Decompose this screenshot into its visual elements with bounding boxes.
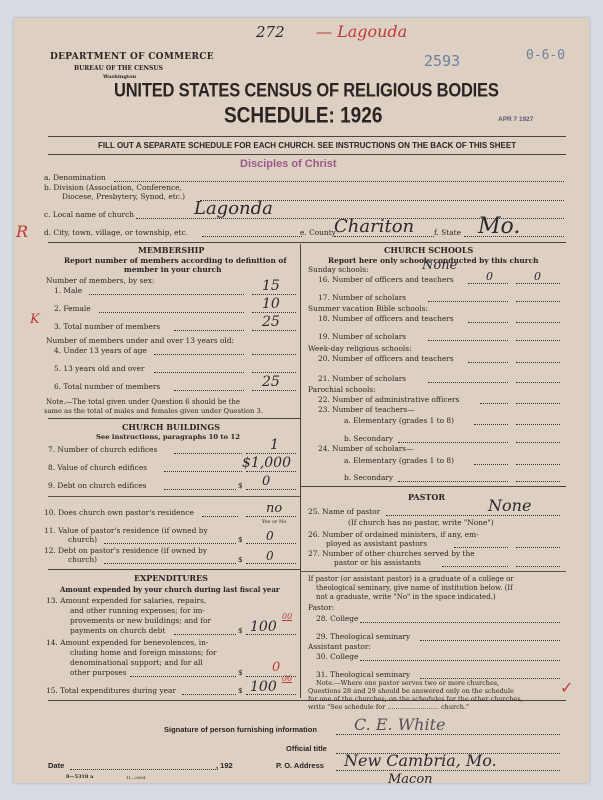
city-field[interactable]	[202, 236, 302, 237]
q30-label: 30. College	[316, 652, 358, 661]
q26-field-b[interactable]	[516, 547, 560, 548]
q24a-label: a. Elementary (grades 1 to 8)	[344, 456, 454, 465]
leader-dots	[174, 330, 244, 331]
dollar-sign: $	[238, 535, 243, 544]
q14-label-cont: denominational support; and for all	[70, 658, 203, 667]
local-name-value: Lagonda	[194, 198, 273, 219]
divider	[48, 242, 566, 243]
pastor-heading: PASTOR	[408, 492, 445, 502]
division-label: b. Division (Association, Conference,	[44, 183, 182, 192]
q9-debt-label: 9. Debt on church edifices	[48, 481, 146, 490]
date-field[interactable]	[70, 769, 218, 770]
q19-label: 19. Number of scholars	[318, 332, 406, 341]
q13-value: 100	[250, 619, 277, 635]
q2-female-field[interactable]	[252, 312, 296, 313]
q14-label: 14. Amount expended for benevolences, in…	[46, 638, 208, 647]
q13-label-cont: provements or new buildings; and for	[70, 616, 211, 625]
q9-debt-value: 0	[262, 474, 270, 489]
assistant-pastor-label: Assistant pastor:	[308, 642, 371, 651]
stamp-number: 2593	[424, 52, 460, 70]
divider	[300, 571, 566, 572]
divider	[48, 418, 300, 419]
q9-debt-field[interactable]	[246, 489, 296, 490]
division-label-cont: Diocese, Presbytery, Synod, etc.)	[62, 192, 185, 201]
q3-total-field[interactable]	[252, 330, 296, 331]
date-label: Date	[48, 761, 64, 770]
q26-field-a[interactable]	[454, 547, 508, 548]
membership-intro: Report number of members according to de…	[64, 256, 287, 265]
q18-field-b[interactable]	[516, 322, 560, 323]
denomination-stamp: Disciples of Christ	[240, 158, 337, 170]
by-age-label: Number of members under and over 13 year…	[46, 336, 234, 345]
dollar-sign: $	[238, 668, 243, 677]
q1-male-field[interactable]	[252, 294, 296, 295]
leader-dots	[104, 563, 236, 564]
pastor-note-cont: Questions 28 and 29 should be answered o…	[308, 687, 514, 695]
q13-cents: 00	[282, 612, 292, 621]
q8-value-label: 8. Value of church edifices	[48, 463, 147, 472]
margin-review-mark: R	[16, 222, 28, 241]
leader-dots	[202, 516, 238, 517]
county-label: e. County	[300, 228, 336, 237]
q24a-field-b[interactable]	[516, 464, 560, 465]
q14-label-cont: other purposes	[70, 668, 127, 677]
q25-pastor-name-field[interactable]	[386, 515, 560, 516]
q20-field-a[interactable]	[468, 362, 508, 363]
weekday-schools-label: Week-day religious schools:	[308, 344, 412, 353]
leader-dots	[104, 543, 236, 544]
q16-label: 16. Number of officers and teachers	[318, 275, 454, 284]
leader-dots	[182, 694, 236, 695]
q7-edifices-field[interactable]	[246, 453, 296, 454]
q23a-label: a. Elementary (grades 1 to 8)	[344, 416, 454, 425]
print-number: 11—9064	[126, 775, 145, 780]
q11-residence-value-label: 11. Value of pastor's residence (if owne…	[44, 526, 208, 535]
dollar-sign: $	[238, 626, 243, 635]
q12-label-cont: church)	[68, 555, 97, 564]
summer-schools-label: Summer vacation Bible schools:	[308, 304, 428, 313]
q18-label: 18. Number of officers and teachers	[318, 314, 454, 323]
q27-field-b[interactable]	[516, 566, 560, 567]
stamp-code: 0-6-0	[526, 48, 565, 63]
q1-male-label: 1. Male	[54, 286, 82, 295]
q15-total-value: 100	[250, 679, 277, 695]
local-name-label: c. Local name of church	[44, 210, 134, 219]
signature-field[interactable]	[336, 734, 560, 735]
q10-residence-value: no	[266, 501, 282, 516]
department-name: DEPARTMENT OF COMMERCE	[50, 52, 214, 62]
divider	[48, 154, 566, 155]
q23b-field-a[interactable]	[398, 442, 508, 443]
review-checkmark: ✓	[560, 678, 573, 697]
leader-dots	[130, 676, 236, 677]
q23a-field-a[interactable]	[474, 424, 508, 425]
q20-field-b[interactable]	[516, 362, 560, 363]
q21-field-a[interactable]	[428, 382, 508, 383]
membership-heading: MEMBERSHIP	[138, 245, 204, 255]
q24b-field-b[interactable]	[516, 481, 560, 482]
q6-total-field[interactable]	[252, 390, 296, 391]
q11-residence-value-value: 0	[266, 529, 274, 543]
q17-field-a[interactable]	[428, 301, 508, 302]
schedule-title: SCHEDULE: 1926	[224, 104, 382, 129]
q18-field-a[interactable]	[468, 322, 508, 323]
q21-label: 21. Number of scholars	[318, 374, 406, 383]
leader-dots	[99, 312, 244, 313]
q27-label-cont: pastor or his assistants	[334, 558, 421, 567]
county-value: Chariton	[334, 216, 414, 237]
denomination-label: a. Denomination	[44, 173, 106, 182]
q13-label: 13. Amount expended for salaries, repair…	[46, 596, 206, 605]
q22-field-b[interactable]	[516, 403, 560, 404]
margin-review-mark: K	[30, 312, 40, 327]
county-field[interactable]	[334, 236, 434, 237]
handwritten-church-name-header: — Lagouda	[316, 22, 407, 41]
q19-field-b[interactable]	[516, 340, 560, 341]
q28-college-field[interactable]	[360, 622, 560, 623]
q19-field-a[interactable]	[428, 340, 508, 341]
form-number: 8—5318 a	[66, 774, 93, 780]
q14-label-cont: cluding home and foreign missions; for	[70, 648, 217, 657]
po-address-county: Macon	[388, 772, 433, 787]
state-field[interactable]	[464, 236, 564, 237]
handwritten-file-number: 272	[256, 23, 285, 41]
church-buildings-intro: See instructions, paragraphs 10 to 12	[96, 433, 240, 441]
church-buildings-heading: CHURCH BUILDINGS	[122, 422, 220, 432]
q21-field-b[interactable]	[516, 382, 560, 383]
q12-residence-debt-field[interactable]	[246, 563, 296, 564]
q6-total-value: 25	[262, 374, 280, 390]
census-schedule-sheet: 272 — Lagouda 2593 0-6-0 APR 7 1927 DEPA…	[14, 18, 589, 783]
q28-label: 28. College	[316, 614, 358, 623]
q27-field-a[interactable]	[442, 566, 508, 567]
q4-under13-field[interactable]	[252, 354, 296, 355]
state-label: f. State	[434, 228, 461, 237]
graduate-instructions: If pastor (or assistant pastor) is a gra…	[308, 575, 514, 583]
q5-over13-field[interactable]	[252, 372, 296, 373]
q22-label: 22. Number of administrative officers	[318, 395, 459, 404]
membership-note-cont: same as the total of males and females g…	[44, 407, 263, 415]
q29-seminary-field[interactable]	[420, 640, 560, 641]
q6-total-label: 6. Total number of members	[54, 382, 160, 391]
po-address-field[interactable]	[336, 770, 560, 771]
q2-female-label: 2. Female	[54, 304, 91, 313]
po-address-label: P. O. Address	[276, 761, 324, 770]
q23b-field-b[interactable]	[516, 442, 560, 443]
q8-value-field[interactable]	[246, 471, 296, 472]
q24b-label: b. Secondary	[344, 473, 393, 482]
sunday-schools-label: Sunday schools:	[308, 265, 368, 274]
by-sex-label: Number of members, by sex:	[46, 276, 154, 285]
bureau-city: Washington	[103, 74, 136, 80]
signature-value: C. E. White	[354, 715, 445, 734]
q26-label: 26. Number of ordained ministers, if any…	[308, 530, 479, 539]
q2-female-value: 10	[262, 296, 280, 312]
q10-hint: Yes or No	[262, 519, 286, 525]
q13-label-cont: and other running expenses; for im-	[70, 606, 205, 615]
q3-total-label: 3. Total number of members	[54, 322, 160, 331]
q23a-field-b[interactable]	[516, 424, 560, 425]
q1-male-value: 15	[262, 278, 280, 294]
dollar-sign: $	[238, 555, 243, 564]
leader-dots	[174, 453, 242, 454]
leader-dots	[154, 372, 244, 373]
pastor-note: Note.—Where one pastor serves two or mor…	[316, 679, 499, 687]
pastor-label: Pastor:	[308, 603, 334, 612]
graduate-instructions-cont: not a graduate, write "No" in the space …	[316, 593, 496, 601]
q25-pastor-name-value: None	[488, 496, 531, 515]
q25-hint: (If church has no pastor, write "None")	[348, 518, 494, 527]
q12-residence-debt-value: 0	[266, 549, 274, 563]
q31-label: 31. Theological seminary	[316, 670, 410, 679]
bureau-name: BUREAU OF THE CENSUS	[74, 65, 163, 72]
q15-total-label: 15. Total expenditures during year	[46, 686, 176, 695]
city-label: d. City, town, village, or township, etc…	[44, 228, 188, 237]
instructions-banner: FILL OUT A SEPARATE SCHEDULE FOR EACH CH…	[98, 141, 516, 150]
signature-label: Signature of person furnishing informati…	[164, 725, 317, 734]
graduate-instructions-cont: theological seminary, give name of insti…	[316, 584, 513, 592]
form-title: UNITED STATES CENSUS OF RELIGIOUS BODIES	[114, 81, 499, 103]
q11-label-cont: church)	[68, 535, 97, 544]
q5-over13-label: 5. 13 years old and over	[54, 364, 144, 373]
column-divider	[300, 244, 301, 698]
pastor-note-cont: for one of the churches; on the schedule…	[308, 695, 523, 703]
q12-residence-debt-label: 12. Debt on pastor's residence (if owned…	[44, 546, 207, 555]
q8-value-value: $1,000	[242, 455, 291, 471]
parochial-schools-label: Parochial schools:	[308, 385, 376, 394]
q13-label-cont: payments on church debt	[70, 626, 165, 635]
expenditures-intro: Amount expended by your church during la…	[60, 585, 280, 594]
leader-dots	[164, 489, 236, 490]
q17-field-b[interactable]	[516, 301, 560, 302]
leader-dots	[154, 354, 244, 355]
received-date-stamp: APR 7 1927	[498, 116, 533, 123]
leader-dots	[89, 294, 244, 295]
denomination-field[interactable]	[114, 181, 564, 182]
sunday-schools-note: None	[422, 258, 457, 273]
membership-intro-cont: member in your church	[124, 265, 222, 274]
q16-value-a: 0	[486, 270, 493, 283]
leader-dots	[174, 634, 236, 635]
church-schools-heading: CHURCH SCHOOLS	[384, 245, 473, 255]
q16-field-a[interactable]	[468, 283, 508, 284]
leader-dots	[174, 390, 244, 391]
divider	[48, 136, 566, 137]
q22-field-a[interactable]	[480, 403, 508, 404]
divider	[48, 496, 300, 497]
q24b-field-a[interactable]	[398, 481, 508, 482]
membership-note: Note.—The total given under Question 6 s…	[46, 398, 240, 406]
q14-value: 0	[272, 660, 280, 675]
date-year-suffix: , 192	[216, 761, 233, 770]
expenditures-heading: EXPENDITURES	[134, 573, 208, 583]
dollar-sign: $	[238, 481, 243, 490]
q4-under13-label: 4. Under 13 years of age	[54, 346, 147, 355]
q25-label: 25. Name of pastor	[308, 507, 380, 516]
official-title-label: Official title	[286, 744, 327, 753]
q11-residence-value-field[interactable]	[246, 543, 296, 544]
divider	[300, 486, 566, 487]
po-address-value: New Cambria, Mo.	[344, 751, 497, 770]
divider	[48, 569, 300, 570]
q26-label-cont: ployed as assistant pastors	[326, 539, 427, 548]
q3-total-value: 25	[262, 314, 280, 330]
q7-edifices-label: 7. Number of church edifices	[48, 445, 157, 454]
q24a-field-a[interactable]	[474, 464, 508, 465]
q20-label: 20. Number of officers and teachers	[318, 354, 454, 363]
q15-cents: 00	[282, 674, 292, 683]
q23b-label: b. Secondary	[344, 434, 393, 443]
q16-value-b: 0	[534, 270, 541, 283]
q30-college-field[interactable]	[360, 660, 560, 661]
q17-label: 17. Number of scholars	[318, 293, 406, 302]
q29-label: 29. Theological seminary	[316, 632, 410, 641]
q7-edifices-value: 1	[270, 437, 279, 453]
q10-residence-field[interactable]	[246, 516, 296, 517]
q27-label: 27. Number of other churches served by t…	[308, 549, 475, 558]
leader-dots	[164, 471, 242, 472]
q23-label: 23. Number of teachers—	[318, 405, 415, 414]
pastor-note-cont: write "See schedule for ................…	[308, 703, 469, 711]
q24-label: 24. Number of scholars—	[318, 444, 414, 453]
q10-residence-label: 10. Does church own pastor's residence	[44, 508, 194, 517]
dollar-sign: $	[238, 686, 243, 695]
q16-field-b[interactable]	[516, 283, 560, 284]
